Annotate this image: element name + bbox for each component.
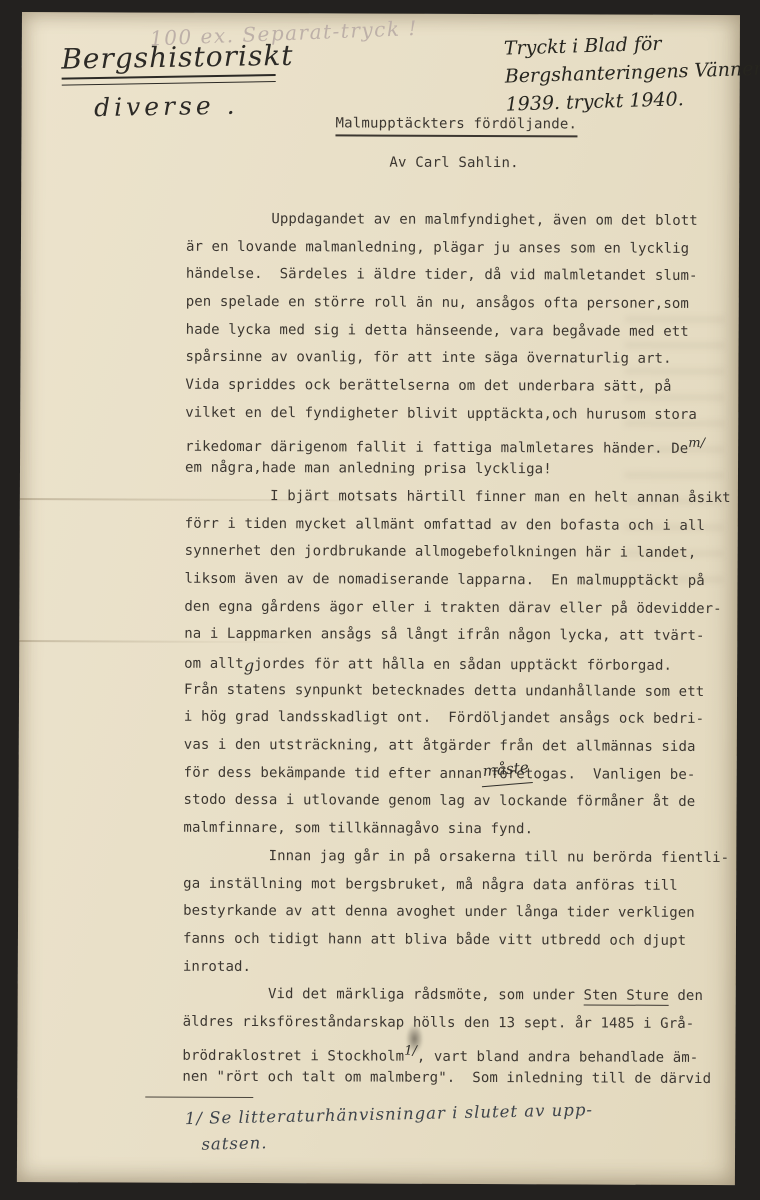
archival-label-subtitle: diverse . bbox=[94, 90, 295, 122]
footnote: 1/ Se litteraturhänvisningar i slutet av… bbox=[185, 1097, 594, 1158]
footnote-separator bbox=[145, 1097, 253, 1098]
typed-text: den bbox=[669, 988, 703, 1004]
typed-text: för dess bekämpande tid efter annan bbox=[184, 764, 483, 781]
typed-line: för dess bekämpande tid efter annanmåste… bbox=[184, 759, 729, 789]
typed-line: nen "rört och talt om malmberg". Som inl… bbox=[182, 1064, 727, 1094]
typed-line: stodo dessa i utlovande genom lag av loc… bbox=[183, 787, 728, 817]
typed-line: Vid det märkliga rådsmöte, som under Ste… bbox=[183, 981, 728, 1011]
typed-line: na i Lappmarken ansågs så långt ifrån nå… bbox=[184, 621, 729, 651]
typed-line: hade lycka med sig i detta hänseende, va… bbox=[186, 316, 731, 346]
typed-line: om alltgjordes för att hålla en sådan up… bbox=[184, 649, 729, 679]
typed-line: Vida spriddes ock berättelserna om det u… bbox=[185, 372, 730, 402]
handwritten-superscript: m/ bbox=[688, 435, 705, 450]
typed-text: malmfinnare, som tillkännagåvo sina fynd… bbox=[183, 820, 533, 838]
typed-line: synnerhet den jordbrukande allmogebefolk… bbox=[185, 538, 730, 568]
document-page: 100 ex. Separat-tryck ! Bergshistoriskt … bbox=[17, 12, 740, 1185]
typed-text: , vart bland andra behandlade äm- bbox=[417, 1048, 699, 1065]
typed-text: jordes för att hålla en sådan upptäckt f… bbox=[254, 656, 672, 674]
typed-text: liksom även av de nomadiserande lapparna… bbox=[184, 571, 704, 589]
print-provenance-note: Tryckt i Blad för Bergshanteringens Vänn… bbox=[504, 27, 760, 119]
typed-text: em några,hade man anledning prisa lyckli… bbox=[185, 460, 552, 478]
typed-line: Innan jag går in på orsakerna till nu be… bbox=[183, 843, 728, 873]
typed-line: äldres riksföreståndarskap hölls den 13 … bbox=[183, 1009, 728, 1039]
photo-background: 100 ex. Separat-tryck ! Bergshistoriskt … bbox=[0, 0, 760, 1200]
document-byline: Av Carl Sahlin. bbox=[389, 155, 519, 172]
typed-text: den egna gårdens ägor eller i trakten dä… bbox=[184, 598, 721, 616]
typed-line: em några,hade man anledning prisa lyckli… bbox=[185, 455, 730, 485]
typed-text: I bjärt motsats härtill finner man en he… bbox=[185, 488, 731, 506]
typed-line: vilket en del fyndigheter blivit upptäck… bbox=[185, 400, 730, 430]
typed-line: är en lovande malmanledning, plägar ju a… bbox=[186, 233, 731, 263]
typed-line: den egna gårdens ägor eller i trakten dä… bbox=[184, 593, 729, 623]
typed-text: spårsinne av ovanlig, för att inte säga … bbox=[185, 349, 671, 367]
typed-text: Vid det märkliga rådsmöte, som under bbox=[183, 986, 584, 1004]
archival-label-title: Bergshistoriskt bbox=[61, 39, 294, 76]
typed-line: händelse. Särdeles i äldre tider, då vid… bbox=[186, 261, 731, 291]
typed-body: Uppdagandet av en malmfyndighet, även om… bbox=[182, 206, 731, 1094]
typed-text: synnerhet den jordbrukande allmogebefolk… bbox=[185, 543, 697, 561]
typed-text: Innan jag går in på orsakerna till nu be… bbox=[183, 848, 729, 866]
typed-line: liksom även av de nomadiserande lapparna… bbox=[184, 566, 729, 596]
typed-text: händelse. Särdeles i äldre tider, då vid… bbox=[186, 266, 698, 284]
typed-text: bestyrkande av att denna avoghet under l… bbox=[183, 903, 695, 921]
handwritten-superscript: 1/ bbox=[404, 1043, 417, 1058]
typed-text: hade lycka med sig i detta hänseende, va… bbox=[186, 321, 689, 339]
typed-line: Från statens synpunkt betecknades detta … bbox=[184, 676, 729, 706]
typed-text: stodo dessa i utlovande genom lag av loc… bbox=[184, 792, 696, 810]
underlined-typed-text: Sten Sture bbox=[584, 988, 669, 1006]
handwritten-inline-insertion: g bbox=[244, 656, 254, 675]
typed-text: Vida spriddes ock berättelserna om det u… bbox=[185, 377, 671, 395]
typed-text: inrotad. bbox=[183, 958, 251, 974]
typed-text: vilket en del fyndigheter blivit upptäck… bbox=[185, 405, 697, 423]
typed-line: I bjärt motsats härtill finner man en he… bbox=[185, 483, 730, 513]
typed-line: spårsinne av ovanlig, för att inte säga … bbox=[185, 344, 730, 374]
typed-text: vas i den utsträckning, att åtgärder frå… bbox=[184, 737, 696, 755]
typed-text: rikedomar därigenom fallit i fattiga mal… bbox=[185, 438, 688, 456]
typed-text: nen "rört och talt om malmberg". Som inl… bbox=[182, 1069, 711, 1087]
typed-text: om allt bbox=[184, 656, 244, 672]
typed-line: i hög grad landsskadligt ont. Fördöljand… bbox=[184, 704, 729, 734]
typed-text: Från statens synpunkt betecknades detta … bbox=[184, 681, 704, 699]
typed-line: pen spelade en större roll än nu, ansågo… bbox=[186, 289, 731, 319]
typed-text: är en lovande malmanledning, plägar ju a… bbox=[186, 238, 689, 256]
archival-label: Bergshistoriskt diverse . bbox=[61, 39, 295, 123]
typed-text: ga inställning mot bergsbruket, må några… bbox=[183, 875, 678, 893]
typed-line: ga inställning mot bergsbruket, må några… bbox=[183, 870, 728, 900]
double-underline bbox=[62, 74, 276, 86]
typed-line: malmfinnare, som tillkännagåvo sina fynd… bbox=[183, 815, 728, 845]
typed-text: äldres riksföreståndarskap hölls den 13 … bbox=[183, 1014, 695, 1032]
typed-text: Uppdagandet av en malmfyndighet, även om… bbox=[186, 211, 698, 229]
typed-line: Uppdagandet av en malmfyndighet, även om… bbox=[186, 206, 731, 236]
document-title: Malmupptäckters fördöljande. bbox=[335, 115, 577, 137]
typed-line: fanns och tidigt hann att bliva både vit… bbox=[183, 926, 728, 956]
handwritten-word: måste bbox=[479, 754, 532, 787]
typed-text: na i Lappmarken ansågs så långt ifrån nå… bbox=[184, 626, 704, 644]
typed-text: förr i tiden mycket allmänt omfattad av … bbox=[185, 515, 705, 533]
typed-line: rikedomar därigenom fallit i fattiga mal… bbox=[185, 427, 730, 457]
typed-line: vas i den utsträckning, att åtgärder frå… bbox=[184, 732, 729, 762]
typed-text: brödraklostret i Stockholm bbox=[182, 1047, 404, 1064]
typed-text: pen spelade en större roll än nu, ansågo… bbox=[186, 294, 689, 312]
typed-line: inrotad. bbox=[183, 953, 728, 983]
typed-line: brödraklostret i Stockholm1/, vart bland… bbox=[182, 1036, 727, 1066]
typed-text: fanns och tidigt hann att bliva både vit… bbox=[183, 931, 686, 949]
typed-line: bestyrkande av att denna avoghet under l… bbox=[183, 898, 728, 928]
typed-text: i hög grad landsskadligt ont. Fördöljand… bbox=[184, 709, 704, 727]
typed-line: förr i tiden mycket allmänt omfattad av … bbox=[185, 510, 730, 540]
